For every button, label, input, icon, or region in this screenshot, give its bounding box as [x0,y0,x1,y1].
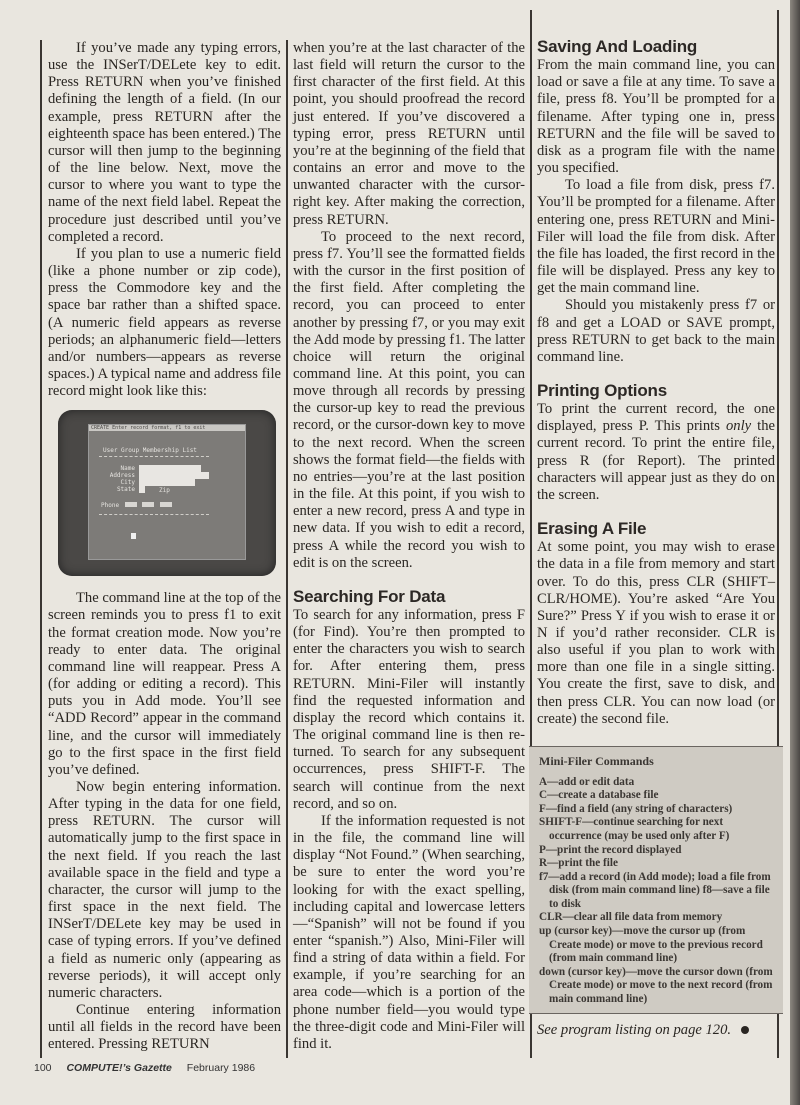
reverse-field-state [139,486,145,493]
field-label-address: Address [101,472,135,479]
reverse-field-address [139,472,209,479]
paragraph: At some point, you may wish to erase the… [537,539,775,728]
paragraph: Now begin entering informa­tion. After t… [48,779,281,1002]
column-rule-1-2 [286,40,288,1058]
emphasis: only [726,418,751,434]
field-label-zip: Zip [159,487,170,494]
listing-reference: See program listing on page 120. [537,1022,731,1038]
field-label-phone: Phone [101,502,119,509]
command-item: up (cursor key)—move the cursor up (from… [539,925,775,966]
paragraph: when you’re at the last character of the… [293,40,525,229]
page-number: 100 [34,1062,52,1074]
screen-field-labels: Name Address City State [101,465,135,493]
command-item: P—print the record displayed [539,844,775,858]
reverse-field-city [139,479,195,486]
screen-cursor [131,533,136,539]
section-heading-printing: Printing Options [537,382,775,399]
page-edge-shadow [790,0,800,1105]
page-footer: 100 COMPUTE!’s Gazette February 1986 [34,1062,267,1074]
column-1: If you’ve made any typing er­rors, use t… [48,40,281,1054]
section-heading-saving: Saving And Loading [537,38,775,55]
section-heading-erasing: Erasing A File [537,520,775,537]
command-item: down (cursor key)—move the cursor down (… [539,966,775,1007]
field-label-name: Name [101,465,135,472]
command-item: f7—add a record (in Add mode); load a fi… [539,871,775,912]
c64-screen: CREATE Enter record format, f1 to exit U… [88,424,246,560]
command-item: CLR—clear all file data from memory [539,911,775,925]
command-item: R—print the file [539,857,775,871]
paragraph: To search for any information, press F (… [293,607,525,813]
reverse-field-number [160,502,172,507]
paragraph: To load a file from disk, press f7. You’… [537,177,775,297]
end-of-article-bullet-icon [741,1026,749,1034]
issue-date: February 1986 [187,1062,255,1074]
paragraph: If you plan to use a numeric field (like… [48,246,281,400]
column-3: Saving And Loading From the main command… [537,38,775,1039]
field-label-city: City [101,479,135,486]
screen-dashed-rule-bottom [99,514,209,515]
commands-sidebar-box: Mini-Filer Commands A—add or edit data C… [529,746,783,1014]
screen-dashed-rule [99,456,209,457]
column-2: when you’re at the last character of the… [293,40,525,1053]
reverse-field-prefix [142,502,154,507]
command-item: SHIFT-F—continue searching for next occu… [539,816,775,843]
command-item: C—create a database file [539,789,775,803]
column-rule-left [40,40,42,1058]
sidebar-title: Mini-Filer Commands [539,755,775,769]
screen-command-line: CREATE Enter record format, f1 to exit [89,425,245,431]
field-label-state: State [101,486,135,493]
monitor-screenshot-photo: CREATE Enter record format, f1 to exit U… [58,410,276,576]
command-item: F—find a field (any string of characters… [539,803,775,817]
paragraph: From the main command line, you can load… [537,57,775,177]
command-item: A—add or edit data [539,776,775,790]
paragraph: To proceed to the next record, press f7.… [293,229,525,572]
magazine-name: COMPUTE!’s Gazette [66,1062,171,1074]
paragraph: The command line at the top of the scree… [48,590,281,779]
section-heading-searching: Searching For Data [293,588,525,605]
paragraph: If you’ve made any typing er­rors, use t… [48,40,281,246]
paragraph: If the information requested is not in t… [293,813,525,1053]
paragraph: Continue entering information until all … [48,1002,281,1053]
paragraph: Should you mistakenly press f7 or f8 and… [537,297,775,366]
reverse-field-name [139,465,201,472]
program-listing-note: See program listing on page 120. [537,1022,775,1039]
screen-title: User Group Membership List [103,447,197,454]
screen-phone-row: Phone [101,502,172,509]
paragraph: To print the current record, the one dis… [537,401,775,504]
reverse-field-area-code [125,502,137,507]
